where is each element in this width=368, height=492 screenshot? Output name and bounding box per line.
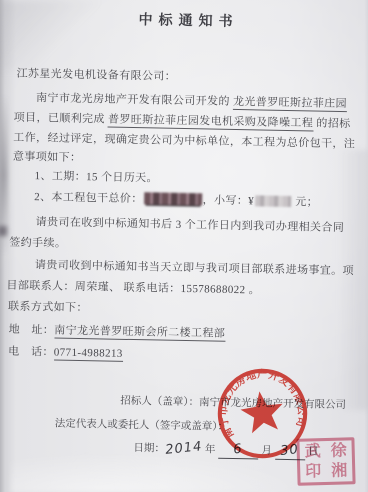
works-name-underlined: 普罗旺斯拉菲庄园发电机采购及降噪工程 xyxy=(108,114,313,132)
seal-char-top-right: 徐 xyxy=(330,441,347,460)
date-label: 日期： xyxy=(133,442,165,457)
paragraph-line-contact-person: 目部联系人：周荣瑾、 联系电话：15578688022 。 xyxy=(6,279,260,298)
price-label: 2、本工程包干总价： xyxy=(34,191,143,205)
seal-char-top-left: 武 xyxy=(304,442,321,461)
paragraph-line: 请贵司收到中标通知书当天立即与我司项目部联系进场事宜。项 xyxy=(35,258,354,278)
redacted-amount-numeric xyxy=(255,195,291,207)
handwritten-year: 2014 xyxy=(164,440,202,458)
seal-char-bottom-right: 湘 xyxy=(331,462,348,481)
paragraph-line: 请贵司在收到中标通知书后 3 个工作日内到我司办理相关合同 xyxy=(36,215,345,235)
body-text: 项目，已顺利完成 xyxy=(14,112,109,126)
legal-representative-line: 法定代表人或委托人（签字或盖章）： xyxy=(55,418,228,435)
page-title: 中标通知书 xyxy=(4,12,368,33)
personal-square-seal: 武 徐 印 湘 xyxy=(296,437,355,486)
address-line: 地 址：南宁龙光普罗旺斯会所二楼工程部 xyxy=(8,323,225,341)
phone-line: 电 话：0771-4988213 xyxy=(8,345,123,361)
scanned-bid-notice-document: 中标通知书 江苏星光发电机设备有限公司： 南宁市龙光房地产开发有限公司开发的 龙… xyxy=(0,0,368,492)
body-text: 的招标 xyxy=(313,117,351,130)
redacted-amount-uppercase xyxy=(144,192,202,205)
phone-value: 0771-4988213 xyxy=(54,347,123,362)
price-mid-text: ，小写：¥ xyxy=(203,194,255,207)
phone-label: 电 话： xyxy=(8,346,54,359)
paragraph-line: 签约手续。 xyxy=(9,236,66,251)
bidder-label: 招标人（盖章）： xyxy=(120,396,199,409)
address-label: 地 址： xyxy=(9,324,55,337)
star-icon xyxy=(238,388,286,434)
address-value: 南宁龙光普罗旺斯会所二楼工程部 xyxy=(54,325,225,342)
paragraph-line: 南宁市龙光房地产开发有限公司开发的 龙光普罗旺斯拉菲庄园 xyxy=(36,91,347,111)
paragraph-line: 意事项如下： xyxy=(13,150,82,165)
paragraph-line: 工作，经过评定，现确定贵公司为中标单位，本工程为总价包干，注 xyxy=(13,131,355,152)
list-item-price: 2、本工程包干总价：，小写：¥ 元； xyxy=(34,190,318,209)
document-content: 中标通知书 江苏星光发电机设备有限公司： 南宁市龙光房地产开发有限公司开发的 龙… xyxy=(0,0,368,492)
year-unit: 年 xyxy=(205,443,216,457)
body-text: 南宁市龙光房地产开发有限公司开发的 xyxy=(36,92,233,108)
project-name-underlined: 龙光普罗旺斯拉菲庄园 xyxy=(233,96,347,112)
recipient-line: 江苏星光发电机设备有限公司： xyxy=(16,67,176,84)
seal-char-bottom-left: 印 xyxy=(305,462,322,481)
price-unit-text: 元； xyxy=(292,196,318,208)
paragraph-line: 项目，已顺利完成 普罗旺斯拉菲庄园发电机采购及降噪工程 的招标 xyxy=(14,111,351,131)
list-item-duration: 1、工期：15 个日历天。 xyxy=(34,169,158,185)
contact-heading: 联系方式如下： xyxy=(8,300,88,316)
